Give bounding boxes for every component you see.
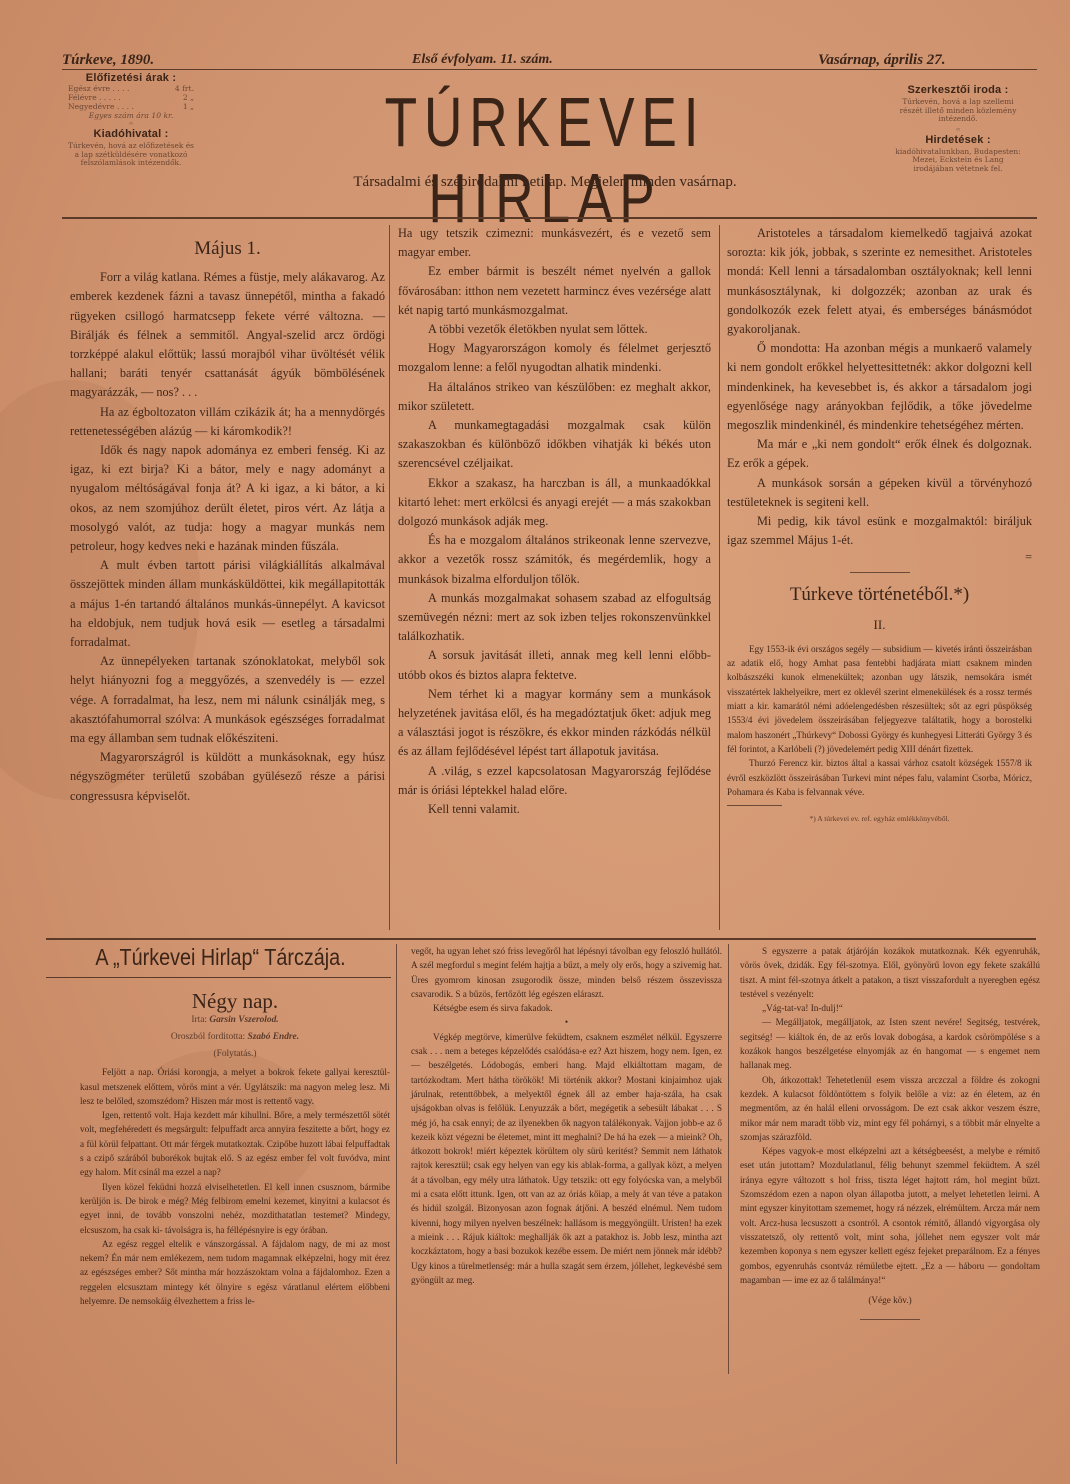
history-title: Túrkeve történetéből.*) (727, 585, 1032, 604)
feuilleton-rule (46, 938, 1036, 940)
price-row: Egész évre . . . .4 frt. (66, 84, 196, 93)
feuilleton-section-title: A „Túrkevei Hirlap“ Tárczája. (72, 944, 369, 971)
paragraph: Igen, rettentő volt. Haja kezdett már ki… (80, 1108, 390, 1179)
paragraph: „Vág-tat-va! In-dulj!“ (740, 1001, 1040, 1015)
place-year: Túrkeve, 1890. (62, 52, 154, 68)
editorial-title: Szerkesztői iroda : (893, 84, 1023, 96)
article-may-column-2: Ha ugy tetszik czimezni: munkásvezért, é… (398, 224, 711, 819)
column-divider (719, 225, 720, 930)
paragraph: Idők és nagy napok adománya ez emberi fe… (70, 441, 385, 556)
subscription-box: Előfizetési árak : Egész évre . . . .4 f… (66, 72, 196, 170)
feuilleton-column-2: vegőt, ha ugyan lehet szó friss levegőrő… (411, 944, 722, 1287)
single-copy-price: Egyes szám ára 10 kr. (66, 111, 196, 120)
paragraph: A mult évben tartott párisi világkiállít… (70, 556, 385, 652)
paragraph: A munkások sorsán a gépeken kivül a törv… (727, 474, 1032, 512)
editorial-box: Szerkesztői iroda : Túrkevén, hová a lap… (893, 84, 1023, 176)
issue-number: Első évfolyam. 11. szám. (412, 52, 553, 68)
masthead-rule (62, 217, 1037, 219)
feuilleton-column-1: Négy nap. Irta: Garsin Vszerolod. Oroszb… (80, 980, 390, 1308)
article-end-mark: = (727, 550, 1032, 564)
paragraph: A .világ, s ezzel kapcsolatosan Magyaror… (398, 762, 711, 800)
paragraph: Az ünnepélyeken tartanak szónoklatokat, … (70, 652, 385, 748)
issue-date: Vasárnap, április 27. (818, 52, 946, 68)
footnote: *) A túrkevei ev. ref. egyház emlékkönyv… (727, 814, 1032, 824)
paragraph: Thurzó Ferencz kir. biztos által a kassa… (727, 756, 1032, 799)
paragraph: Az egész reggel eltelik e vánszorgással.… (80, 1237, 390, 1308)
article-title: Május 1. (70, 239, 385, 258)
price-row: Negyedévre . . . .1 „ (66, 102, 196, 111)
paragraph: Hogy Magyarországon komoly és félelmet g… (398, 339, 711, 377)
column-divider (396, 944, 397, 1464)
paragraph: Oh, átkozottak! Tehetetlenül esem vissza… (740, 1073, 1040, 1144)
paragraph: Ha ugy tetszik czimezni: munkásvezért, é… (398, 224, 711, 262)
paragraph: vegőt, ha ugyan lehet szó friss levegőrő… (411, 944, 722, 1001)
masthead-subtitle: Társadalmi és szépirodalmi hetilap. Megj… (245, 174, 845, 191)
story-title: Négy nap. (80, 994, 390, 1008)
footnote-rule (727, 805, 782, 806)
story-continued: (Folytatás.) (80, 1046, 390, 1063)
feuilleton-title-rule (46, 977, 391, 978)
paragraph: Feljött a nap. Óriási korongja, a melyet… (80, 1065, 390, 1108)
end-rule (860, 1319, 920, 1320)
masthead: TÚRKEVEI HIRLAP (321, 84, 769, 236)
paragraph: Magyarországról is küldött a munkásoknak… (70, 748, 385, 806)
paragraph: Egy 1553-ik évi országos segély — subsid… (727, 642, 1032, 756)
paragraph: • (411, 1015, 722, 1029)
prices-title: Előfizetési árak : (66, 72, 196, 84)
ads-text: kiadóhivatalunkban, Budapesten: Mezei, E… (893, 148, 1023, 174)
paragraph: Ekkor a szakasz, ha harczban is áll, a m… (398, 474, 711, 532)
to-be-continued: (Vége köv.) (740, 1293, 1040, 1307)
paragraph: Végkép megtörve, kimerülve feküdtem, csa… (411, 1030, 722, 1287)
paragraph: Forr a világ katlana. Rémes a füstje, me… (70, 268, 385, 402)
story-translator: Oroszból forditotta: Szabó Endre. (80, 1029, 390, 1046)
paragraph: S egyszerre a patak átjáróján kozákok mu… (740, 944, 1040, 1001)
ads-title: Hirdetések : (893, 134, 1023, 146)
history-part: II. (727, 615, 1032, 634)
paragraph: — Megálljatok, megálljatok, az Isten sze… (740, 1015, 1040, 1072)
story-author: Irta: Garsin Vszerolod. (80, 1012, 390, 1029)
paragraph: Ha az égboltozaton villám czikázik át; h… (70, 403, 385, 441)
paragraph: Mi pedig, kik távol esünk e mozgalmaktól… (727, 512, 1032, 550)
office-title: Kiadóhivatal : (66, 128, 196, 140)
paragraph: Aristoteles a társadalom kiemelkedő tagj… (727, 224, 1032, 339)
paragraph: A többi vezetők életökben nyulat sem lőt… (398, 320, 711, 339)
paragraph: Nem térhet ki a magyar kormány sem a mun… (398, 685, 711, 762)
column-divider (728, 944, 729, 1374)
paragraph: Ma már e „ki nem gondolt“ erők élnek és … (727, 435, 1032, 473)
paragraph: Ő mondotta: Ha azonban mégis a munkaerő … (727, 339, 1032, 435)
feuilleton-column-3: S egyszerre a patak átjáróján kozákok mu… (740, 944, 1040, 1328)
paragraph: Ha általános strikeo van készülőben: ez … (398, 378, 711, 416)
column-divider (389, 225, 390, 930)
article-may-column-1: Május 1. Forr a világ katlana. Rémes a f… (70, 233, 385, 806)
article-may-column-3: Aristoteles a társadalom kiemelkedő tagj… (727, 224, 1032, 824)
section-divider (850, 572, 910, 573)
ornament-divider: ∞ (66, 120, 196, 128)
top-rule (62, 69, 1037, 70)
paragraph: És ha e mozgalom általános strikeonak le… (398, 531, 711, 589)
paragraph: A munkamegtagadási mozgalmak csak külön … (398, 416, 711, 474)
paragraph: Ilyen közel feküdni hozzá elviselhetetle… (80, 1180, 390, 1237)
price-row: Félévre . . . . .2 „ (66, 93, 196, 102)
paragraph: Képes vagyok-e most elképzelni azt a két… (740, 1144, 1040, 1287)
paragraph: Kétségbe esem és sirva fakadok. (411, 1001, 722, 1015)
newspaper-page: Túrkeve, 1890. Első évfolyam. 11. szám. … (0, 0, 1070, 1484)
ornament-divider: ∞ (893, 126, 1023, 134)
paragraph: Ez ember bármit is beszélt német nyelvén… (398, 262, 711, 320)
paragraph: A sorsuk javitását illeti, annak meg kel… (398, 646, 711, 684)
editorial-text: Túrkevén, hová a lap szellemi részét ill… (893, 98, 1023, 124)
office-text: Túrkevén, hová az előfizetések és a lap … (66, 142, 196, 168)
paragraph: A munkás mozgalmakat sohasem szabad az e… (398, 589, 711, 647)
paragraph: Kell tenni valamit. (398, 800, 711, 819)
